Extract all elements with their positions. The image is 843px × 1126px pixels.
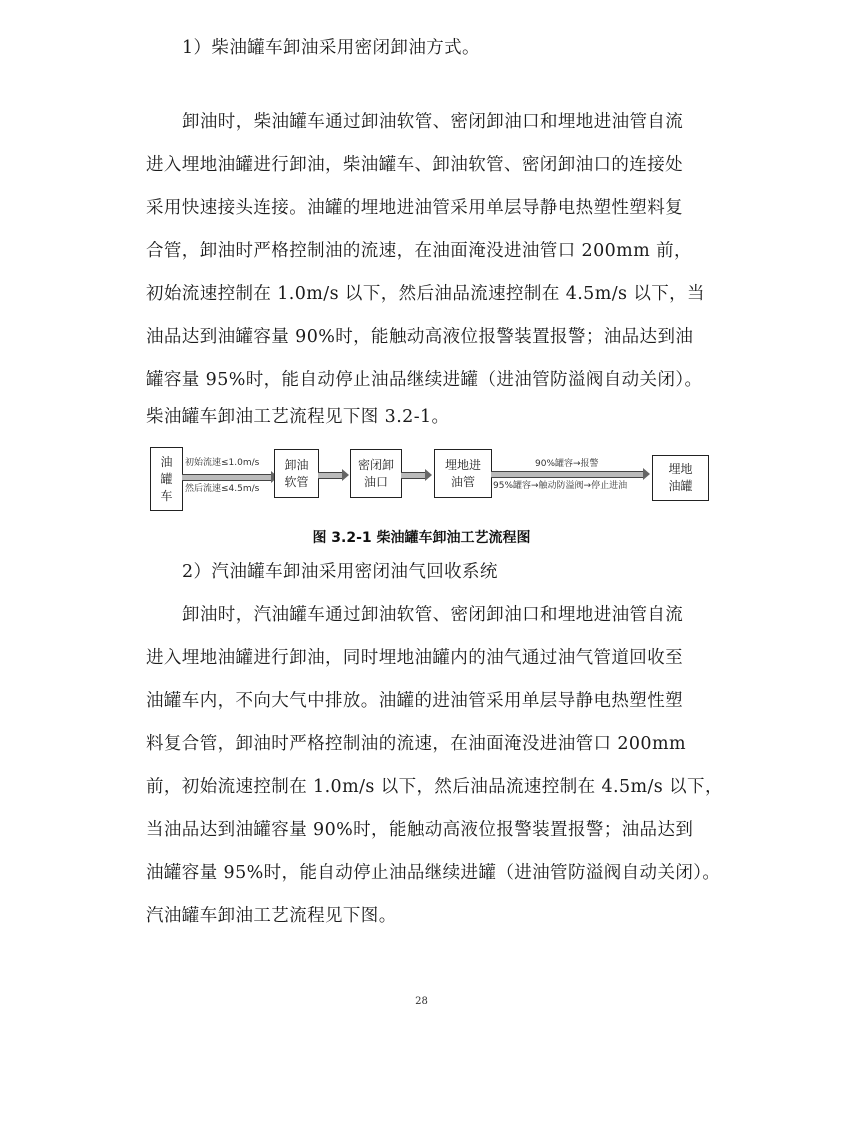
box-text: 车 (160, 488, 172, 505)
section2-line-4: 料复合管，卸油时严格控制油的流速，在油面淹没进油管口 200mm (146, 732, 706, 756)
section2-line-1: 卸油时，汽油罐车通过卸油软管、密闭卸油口和埋地进油管自流 (182, 603, 706, 627)
arrow-1-top-label: 初始流速≤1.0m/s (185, 455, 259, 468)
section1-line-2: 进入埋地油罐进行卸油，柴油罐车、卸油软管、密闭卸油口的连接处 (146, 153, 706, 177)
page-number: 28 (0, 996, 843, 1007)
box-tank-truck: 油 罐 车 (150, 447, 183, 511)
box-text: 密闭卸 (358, 457, 394, 474)
section1-line-3: 采用快速接头连接。油罐的埋地进油管采用单层导静电热塑性塑料复 (146, 196, 706, 220)
document-page: 1）柴油罐车卸油采用密闭卸油方式。 卸油时，柴油罐车通过卸油软管、密闭卸油口和埋… (0, 0, 843, 1126)
box-underground-tank: 埋地 油罐 (652, 455, 709, 501)
box-text: 罐 (160, 471, 172, 488)
section2-line-2: 进入埋地油罐进行卸油，同时埋地油罐内的油气通过油气管道回收至 (146, 646, 706, 670)
section2-line-7: 油罐容量 95%时，能自动停止油品继续进罐（进油管防溢阀自动关闭）。 (146, 861, 706, 885)
figure-caption: 图 3.2-1 柴油罐车卸油工艺流程图 (0, 527, 843, 547)
box-text: 油罐 (668, 478, 692, 495)
section1-line-6: 油品达到油罐容量 90%时，能触动高液位报警装置报警；油品达到油 (146, 325, 706, 349)
section1-line-1: 卸油时，柴油罐车通过卸油软管、密闭卸油口和埋地进油管自流 (182, 110, 706, 134)
box-text: 卸油 (284, 457, 308, 474)
arrow-4 (491, 471, 644, 478)
arrow-3 (401, 472, 426, 479)
box-inlet-pipe: 埋地进 油管 (434, 449, 492, 498)
box-text: 油口 (364, 474, 388, 491)
section1-line-8: 柴油罐车卸油工艺流程见下图 3.2-1。 (146, 405, 706, 429)
section2-line-6: 当油品达到油罐容量 90%时，能触动高液位报警装置报警；油品达到 (146, 818, 706, 842)
arrow-1 (182, 474, 272, 481)
arrow-2 (318, 472, 343, 479)
section2-heading: 2）汽油罐车卸油采用密闭油气回收系统 (182, 560, 742, 584)
section1-line-5: 初始流速控制在 1.0m/s 以下，然后油品流速控制在 4.5m/s 以下，当 (146, 282, 706, 306)
arrow-4-top-label: 90%罐容→报警 (535, 456, 599, 469)
box-text: 软管 (284, 474, 308, 491)
box-text: 埋地进 (445, 457, 481, 474)
box-text: 油管 (451, 474, 475, 491)
box-text: 埋地 (668, 461, 692, 478)
box-text: 油 (160, 454, 172, 471)
flow-diagram: 油 罐 车 初始流速≤1.0m/s 然后流速≤4.5m/s 卸油 软管 密闭卸 … (145, 447, 715, 515)
section1-line-7: 罐容量 95%时，能自动停止油品继续进罐（进油管防溢阀自动关闭）。 (146, 368, 706, 392)
arrow-4-bottom-label: 95%罐容→触动防溢阀→停止进油 (493, 478, 627, 491)
box-sealed-port: 密闭卸 油口 (350, 449, 402, 498)
section2-line-8: 汽油罐车卸油工艺流程见下图。 (146, 904, 706, 928)
box-hose: 卸油 软管 (274, 449, 319, 498)
section2-line-5: 前，初始流速控制在 1.0m/s 以下，然后油品流速控制在 4.5m/s 以下， (146, 775, 706, 799)
section2-line-3: 油罐车内，不向大气中排放。油罐的进油管采用单层导静电热塑性塑 (146, 689, 706, 713)
section1-line-4: 合管，卸油时严格控制油的流速，在油面淹没进油管口 200mm 前， (146, 239, 706, 263)
arrow-1-bottom-label: 然后流速≤4.5m/s (185, 481, 259, 494)
section1-heading: 1）柴油罐车卸油采用密闭卸油方式。 (182, 36, 742, 60)
